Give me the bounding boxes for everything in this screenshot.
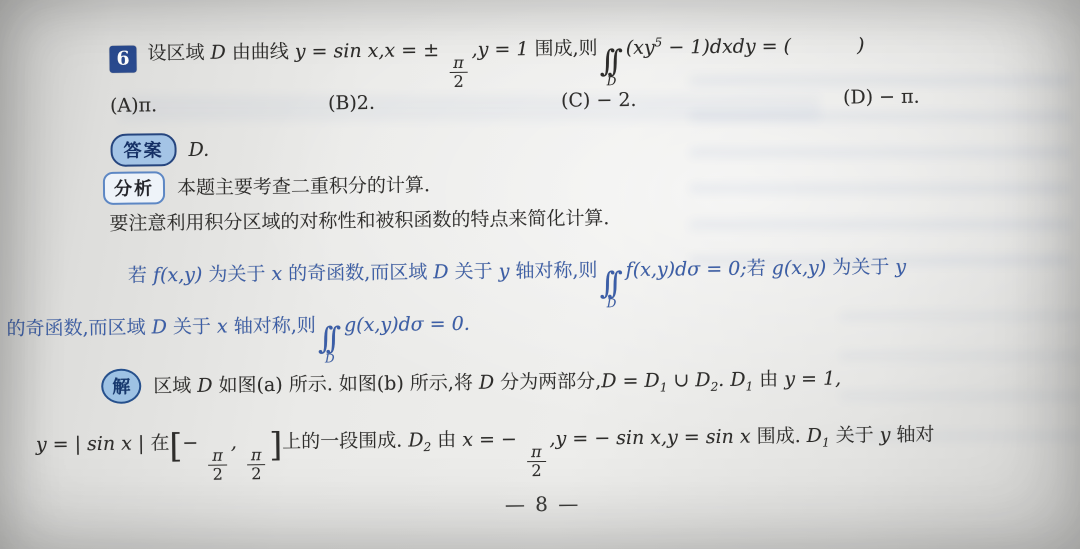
exponent: 5 (655, 35, 663, 49)
math-run: g(x,y) (772, 257, 827, 280)
page-content: 6设区域 D 由曲线 y = sin x,x = ± π2,y = 1 围成,则… (0, 0, 1080, 549)
math-run: f(x,y)dσ = 0; (626, 258, 747, 281)
text-run: 的奇函数,而区域 (282, 261, 433, 285)
math-run: ∪ D (667, 369, 710, 391)
text-run: 轴对称,则 (509, 259, 597, 282)
double-integral: ∫∫D (318, 325, 342, 364)
solution-line-1: 解区域 D 如图(a) 所示. 如图(b) 所示,将 D 分为两部分,D = D… (101, 361, 841, 404)
option-d: (D) − π. (843, 86, 920, 109)
math-run: x (217, 316, 228, 338)
text-run: 由曲线 (226, 41, 295, 64)
text-run: 设区域 (147, 42, 210, 65)
principle-line-2: 的奇函数,而区域 D 关于 x 轴对称,则∫∫Dg(x,y)dσ = 0. (6, 309, 470, 368)
text-run: 轴对 (890, 424, 934, 446)
fraction-numerator: π (449, 54, 468, 73)
text-run: 由 (431, 429, 462, 451)
answer-value: D. (188, 139, 209, 161)
math-run: y (880, 424, 891, 446)
text-run: 关于 (448, 260, 498, 283)
text-run: 由 (753, 368, 784, 390)
integral-domain-label: D (607, 298, 617, 309)
fraction-denominator: 2 (251, 465, 261, 482)
fraction-numerator: π (208, 447, 227, 466)
text-run: 关于 (829, 424, 879, 447)
problem-number-badge: 6 (109, 46, 136, 73)
principle-line-1: 若 f(x,y) 为关于 x 的奇函数,而区域 D 关于 y 轴对称,则∫∫Df… (128, 252, 907, 315)
double-integral-sign: ∫∫ (600, 48, 624, 76)
fraction-pi-over-2: π2 (527, 443, 546, 479)
math-run: D (433, 261, 448, 283)
text-run: 若 (128, 264, 153, 286)
subscript: 1 (822, 436, 830, 450)
text-run: 轴对称,则 (228, 315, 316, 338)
text-run: 围成. (757, 425, 807, 448)
math-run: . D (718, 369, 746, 391)
option-c: (C) − 2. (561, 89, 637, 112)
math-run: y (499, 260, 510, 282)
math-run: D (408, 429, 423, 451)
text-run: 若 (747, 257, 772, 279)
fraction-numerator: π (527, 443, 546, 462)
right-bracket: ] (269, 425, 282, 464)
math-run: D (197, 375, 212, 397)
textbook-page-photo: 6设区域 D 由曲线 y = sin x,x = ± π2,y = 1 围成,则… (0, 0, 1080, 549)
math-run: D = D (601, 370, 660, 393)
option-b: (B)2. (328, 92, 375, 115)
text-run: 在 (150, 432, 169, 454)
fraction-numerator: π (247, 446, 266, 465)
double-integral: ∫∫D (599, 270, 623, 309)
analysis-note-line: 要注意利用积分区域的对称性和被积函数的特点来简化计算. (109, 203, 609, 236)
analysis-text: 本题主要考查二重积分的计算. (177, 174, 430, 199)
text-run: 关于 (167, 316, 217, 339)
double-integral: ∫∫D (600, 48, 624, 87)
math-run: − 1)dxdy = ( (662, 35, 791, 58)
text-run: 的奇函数,而区域 (6, 316, 151, 340)
double-integral-sign: ∫∫ (318, 325, 342, 353)
math-run: D (152, 316, 167, 338)
math-run: ,y = − sin x,y = sin x (549, 426, 756, 450)
fraction-pi-over-2: π2 (449, 54, 468, 90)
fraction-denominator: 2 (454, 73, 464, 90)
problem-statement: 6设区域 D 由曲线 y = sin x,x = ± π2,y = 1 围成,则… (109, 30, 865, 94)
math-run: f(x,y) (153, 264, 203, 287)
text-run: 围成,则 (534, 37, 597, 60)
math-run: ,y = 1 (471, 38, 534, 61)
subscript: 1 (746, 379, 754, 393)
math-run: D (807, 425, 822, 447)
text-run: 区域 (153, 375, 197, 397)
text-run: 如图(a) 所示. 如图(b) 所示,将 (212, 372, 479, 397)
math-run: D (479, 372, 494, 394)
answer-line: 答案D. (110, 133, 209, 167)
integral-domain-label: D (325, 353, 335, 364)
math-run: g(x,y)dσ = 0. (344, 313, 470, 336)
math-run: y = sin x,x = ± (295, 39, 446, 63)
analysis-note-text: 要注意利用积分区域的对称性和被积函数的特点来简化计算. (109, 207, 609, 235)
fraction-denominator: 2 (213, 466, 223, 483)
math-run: − (182, 432, 204, 454)
text-run: 为关于 (826, 256, 895, 279)
fraction-pi-over-2: π2 (247, 446, 266, 482)
math-run: ) (857, 34, 865, 56)
left-bracket: [ (169, 426, 182, 465)
solution-badge: 解 (101, 369, 141, 404)
answer-badge: 答案 (110, 133, 176, 167)
integral-domain-label: D (607, 76, 617, 87)
analysis-line: 分析本题主要考查二重积分的计算. (103, 168, 430, 205)
solution-line-2: y = | sin x | 在[− π2, π2]上的一段围成. D2 由 x … (36, 418, 935, 485)
math-run: , (231, 431, 243, 453)
text-run: 为关于 (202, 263, 271, 286)
page-number: — 8 — (3, 486, 1080, 522)
math-run: x = − (462, 428, 523, 451)
math-run: x (271, 263, 282, 285)
fraction-pi-over-2: π2 (208, 447, 227, 483)
math-run: y = 1, (784, 368, 841, 391)
math-run: y (895, 256, 906, 278)
option-a: (A)π. (110, 94, 157, 117)
math-run: y = | sin x | (36, 432, 151, 455)
answer-blank (791, 51, 857, 52)
fraction-denominator: 2 (531, 462, 541, 479)
math-run: (xy (626, 37, 655, 59)
subscript: 2 (711, 380, 719, 394)
text-run: 分为两部分, (494, 370, 601, 393)
math-run: D (210, 42, 225, 64)
text-run: 上的一段围成. (282, 430, 408, 453)
double-integral-sign: ∫∫ (599, 270, 623, 298)
analysis-badge: 分析 (103, 171, 165, 205)
